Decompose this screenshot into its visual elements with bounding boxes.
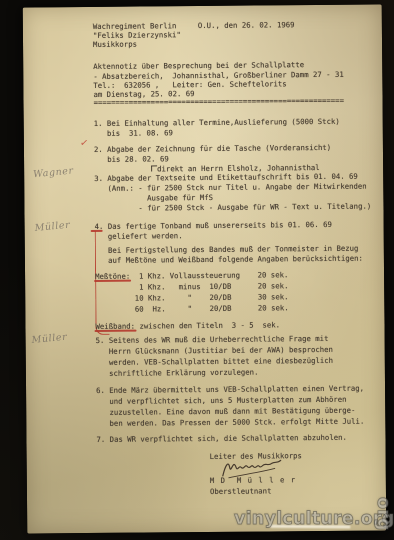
red-checkmark-annotation: ✓	[79, 138, 89, 150]
item-6-line-4: ben werden. Das Pressen der 5000 Stck. e…	[96, 417, 364, 428]
item-5-line-4: schriftliche Erklärung vorzulegen.	[96, 368, 259, 378]
item-6-line-3: zuzustellen. Eine davon muß dann mit Bes…	[96, 406, 355, 417]
item-5-line-2: Herrn Glücksmann (Justitiar bei der AWA)…	[96, 345, 333, 356]
document-paper: Wachregiment Berlin "Feliks Dzierzynski"…	[23, 4, 387, 533]
item-4-line-4: auf Meßtöne und Weißband folgende Angabe…	[95, 254, 363, 265]
tone-table-row-3: 10 Khz. " 20/DB 30 sek.	[95, 292, 288, 303]
item-3-line-3: Ausgabe für MfS	[94, 193, 213, 203]
unit-name-line3: Musikkorps	[93, 40, 137, 49]
item-3-line-2: (Anm.: - für 2500 Stck nur Titel u. Anga…	[94, 182, 366, 193]
item-5-line-1: 5. Seitens des WR muß die Urheberrechtli…	[96, 334, 329, 345]
margin-note-item5: Müller	[31, 332, 68, 346]
signature-name: M D M ü l l e r	[210, 475, 296, 485]
memo-address: - Absatzbereich, Johannisthal, Großberli…	[93, 69, 343, 80]
item-2-line-2: bis 28. 02. 69	[94, 154, 169, 164]
item-6-line-1: 6. Ende März übermittelt uns VEB-Schallp…	[96, 384, 364, 395]
item-1-line-1: 1. Bei Einhaltung aller Termine,Ausliefe…	[94, 117, 340, 128]
item-5-line-3: werden. VEB-Schallplatten bittet eine di…	[96, 356, 333, 367]
watermark-edge-fragment: org	[373, 497, 393, 531]
item-1-line-2: bis 31. 08. 69	[94, 128, 173, 138]
separator-line: ========================================…	[94, 96, 344, 107]
item-4-line-2: geliefert werden.	[95, 231, 183, 241]
margin-note-item4: Müller	[34, 220, 71, 234]
tone-table-row-1: Meßtöne: 1 Khz. Vollaussteuerung 20 sek.	[95, 270, 288, 281]
watermark-text: vinylculture.org	[234, 509, 394, 529]
signature-rank: Oberstleutnant	[210, 486, 272, 496]
photo-stage: Wachregiment Berlin "Feliks Dzierzynski"…	[0, 0, 394, 540]
item-6-line-2: und verpflichtet sich, uns 5 Musterplatt…	[96, 395, 346, 406]
item-3-line-4: - für 2500 Stck - Ausgabe für WR - Text …	[94, 202, 371, 213]
place-date: O.U., den 26. 02. 1969	[198, 20, 295, 30]
tone-table-row-2: 1 Khz. minus 10/DB 20 sek.	[95, 281, 288, 292]
unit-name-line2: "Feliks Dzierzynski"	[93, 30, 181, 40]
item-7-line-1: 7. Das WR verpflichtet sich, die Schallp…	[96, 433, 346, 444]
margin-note-item3: Wagner	[33, 165, 74, 180]
item-4-line-1: 4. Das fertige Tonband muß unsererseits …	[95, 220, 332, 231]
tone-table-row-5: Weißband: zwischen den Titeln 3 - 5 sek.	[95, 320, 280, 331]
tone-table-row-4: 60 Hz. " 20/DB 20 sek.	[95, 303, 288, 314]
item-2-line-1: 2. Abgabe der Zeichnung für die Tasche (…	[94, 143, 331, 154]
